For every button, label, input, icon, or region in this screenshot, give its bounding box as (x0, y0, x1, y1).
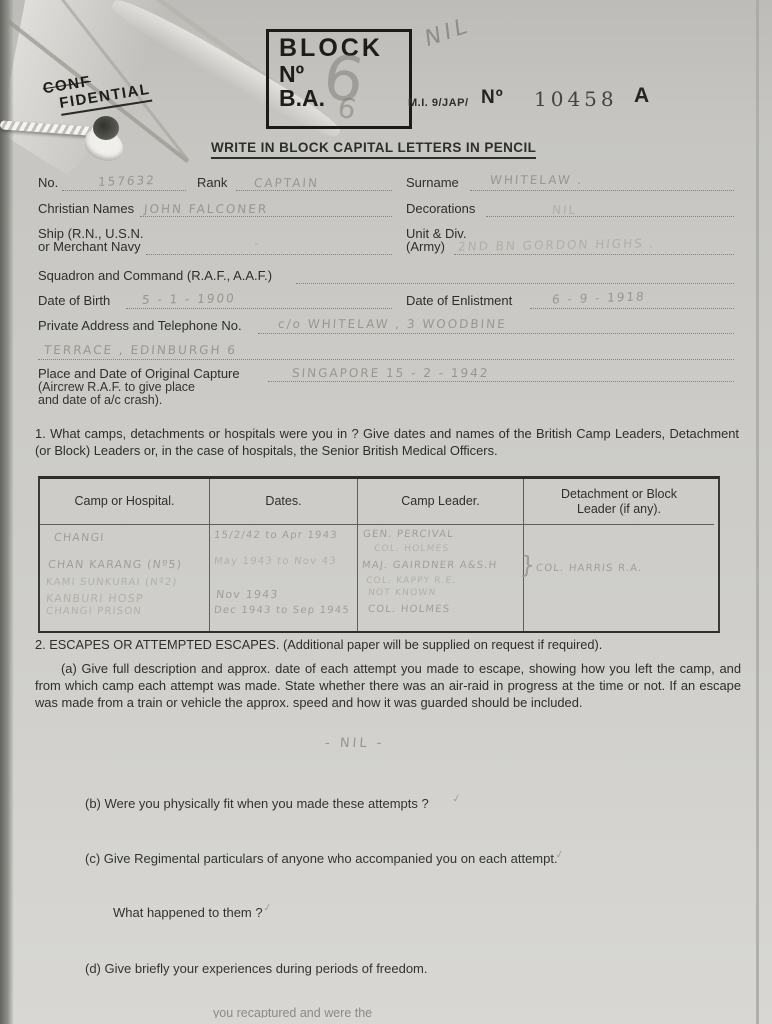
field-christian-value: JOHN FALCONER (144, 202, 269, 216)
table-header-leader: Camp Leader. (358, 479, 524, 525)
field-enlist-label: Date of Enlistment (406, 293, 512, 308)
question2-c: (c) Give Regimental particulars of anyon… (85, 851, 558, 866)
field-decorations-line (486, 215, 734, 217)
field-unit-label-line2: (Army) (406, 239, 445, 254)
camp-entry: KANBURI HOSP (45, 592, 144, 605)
field-dob-value: 5 - 1 - 1900 (141, 291, 236, 307)
field-no-label: No. (38, 175, 58, 190)
field-address-line2 (38, 358, 734, 360)
leader-entry: COL. HOLMES (374, 544, 450, 554)
punched-hole (93, 116, 119, 140)
table-header-detachment-line1: Detachment or Block (561, 487, 677, 502)
table-cell-leaders: GEN. PERCIVAL COL. HOLMES MAJ. GAIRDNER … (358, 525, 524, 631)
series-letter: A (634, 84, 649, 108)
answer-a-nil: - NIL - (324, 736, 385, 751)
field-squadron-line (296, 282, 734, 284)
field-address-value1: c/o WHITELAW , 3 WOODBINE (278, 317, 508, 331)
form-reference: M.I. 9/JAP/ (408, 97, 469, 109)
field-decorations-value: NIL (552, 203, 578, 217)
question2-para-a: (a) Give full description and approx. da… (35, 661, 741, 711)
date-entry: Dec 1943 to Sep 1945 (214, 605, 351, 616)
field-capture-note2: and date of a/c crash). (38, 393, 162, 407)
camp-entry: CHAN KARANG (Nº5) (47, 558, 182, 571)
question2-heading: 2. ESCAPES OR ATTEMPTED ESCAPES. (Additi… (35, 637, 602, 652)
field-ship-label-line2: or Merchant Navy (38, 239, 141, 254)
date-entry: May 1943 to Nov 43 (214, 556, 338, 567)
leader-entry: COL. KAPPY R.E. (366, 576, 457, 586)
page-right-edge (757, 0, 772, 1024)
field-no-value: 157632 (98, 173, 157, 189)
clipped-bottom-line: you recaptured and were the (213, 1006, 372, 1018)
pencil-nil-annotation: NIL (424, 12, 472, 53)
table-cell-detachment: } COL. HARRIS R.A. (524, 525, 714, 631)
field-decorations-label: Decorations (406, 201, 475, 216)
detachment-entry: COL. HARRIS R.A. (536, 563, 643, 574)
camp-entry: CHANGI PRISON (46, 606, 143, 617)
table-cell-dates: 15/2/42 to Apr 1943 May 1943 to Nov 43 N… (210, 525, 358, 631)
pencil-tick: ✓ (451, 791, 463, 806)
field-no-line (62, 189, 186, 191)
field-capture-note1: (Aircrew R.A.F. to give place (38, 380, 195, 394)
field-dob-label: Date of Birth (38, 293, 110, 308)
pencil-tick: ✓ (554, 847, 566, 862)
serial-no-label: Nº (481, 87, 504, 109)
field-squadron-label: Squadron and Command (R.A.F., A.A.F.) (38, 268, 272, 283)
camps-table: Camp or Hospital. Dates. Camp Leader. De… (38, 476, 720, 633)
field-address-line1 (258, 332, 734, 334)
field-ship-line (146, 253, 392, 255)
page-left-edge-shadow (0, 0, 14, 1024)
question1-text: 1. What camps, detachments or hospitals … (35, 426, 739, 460)
question2-d: (d) Give briefly your experiences during… (85, 961, 428, 976)
leader-entry: COL. HOLMES (368, 604, 451, 615)
field-enlist-line (530, 307, 734, 309)
leader-entry: GEN. PERCIVAL (363, 529, 455, 540)
field-address-label: Private Address and Telephone No. (38, 318, 242, 333)
pencil-tick: ✓ (262, 900, 274, 915)
serial-number: 10458 (534, 87, 618, 111)
table-header-dates: Dates. (210, 479, 358, 525)
field-address-value2: TERRACE , EDINBURGH 6 (44, 343, 238, 357)
camp-entry: CHANGI (53, 531, 105, 544)
field-rank-label: Rank (197, 175, 227, 190)
table-cell-camps: CHANGI CHAN KARANG (Nº5) KAMI SUNKURAI (… (40, 525, 210, 631)
field-christian-label: Christian Names (38, 201, 134, 216)
field-surname-line (470, 189, 734, 191)
table-header-detachment: Detachment or Block Leader (if any). (524, 479, 714, 525)
leader-entry: NOT KNOWN (368, 588, 437, 598)
question2-b: (b) Were you physically fit when you mad… (85, 796, 429, 811)
field-enlist-value: 6 - 9 - 1918 (552, 289, 647, 306)
page-right-edge-line (756, 0, 759, 1024)
table-header-detachment-line2: Leader (if any). (561, 502, 677, 517)
camp-entry: KAMI SUNKURAI (Nº2) (46, 577, 178, 588)
date-entry: 15/2/42 to Apr 1943 (214, 530, 339, 541)
field-capture-value: SINGAPORE 15 - 2 - 1942 (292, 366, 490, 380)
field-unit-value: 2ND BN GORDON HIGHS . (458, 236, 656, 253)
field-surname-value: WHITELAW . (490, 173, 584, 187)
brace-mark: } (519, 551, 538, 579)
scanned-pow-form-page: CONF FIDENTIAL BLOCK Nº B.A. 6 6 NIL M.I… (0, 0, 772, 1024)
field-capture-line (268, 380, 734, 382)
question2-c2: What happened to them ? (113, 905, 263, 920)
date-entry: Nov 1943 (215, 588, 279, 601)
field-unit-line (454, 253, 734, 255)
field-rank-value: CAPTAIN (254, 176, 320, 190)
instruction-heading: WRITE IN BLOCK CAPITAL LETTERS IN PENCIL (211, 140, 536, 159)
leader-entry: MAJ. GAIRDNER A&S.H (362, 560, 498, 571)
field-dob-line (126, 307, 392, 309)
field-ship-value: ″ (254, 241, 261, 255)
field-surname-label: Surname (406, 175, 459, 190)
table-header-camp: Camp or Hospital. (40, 479, 210, 525)
field-capture-label: Place and Date of Original Capture (38, 366, 240, 381)
